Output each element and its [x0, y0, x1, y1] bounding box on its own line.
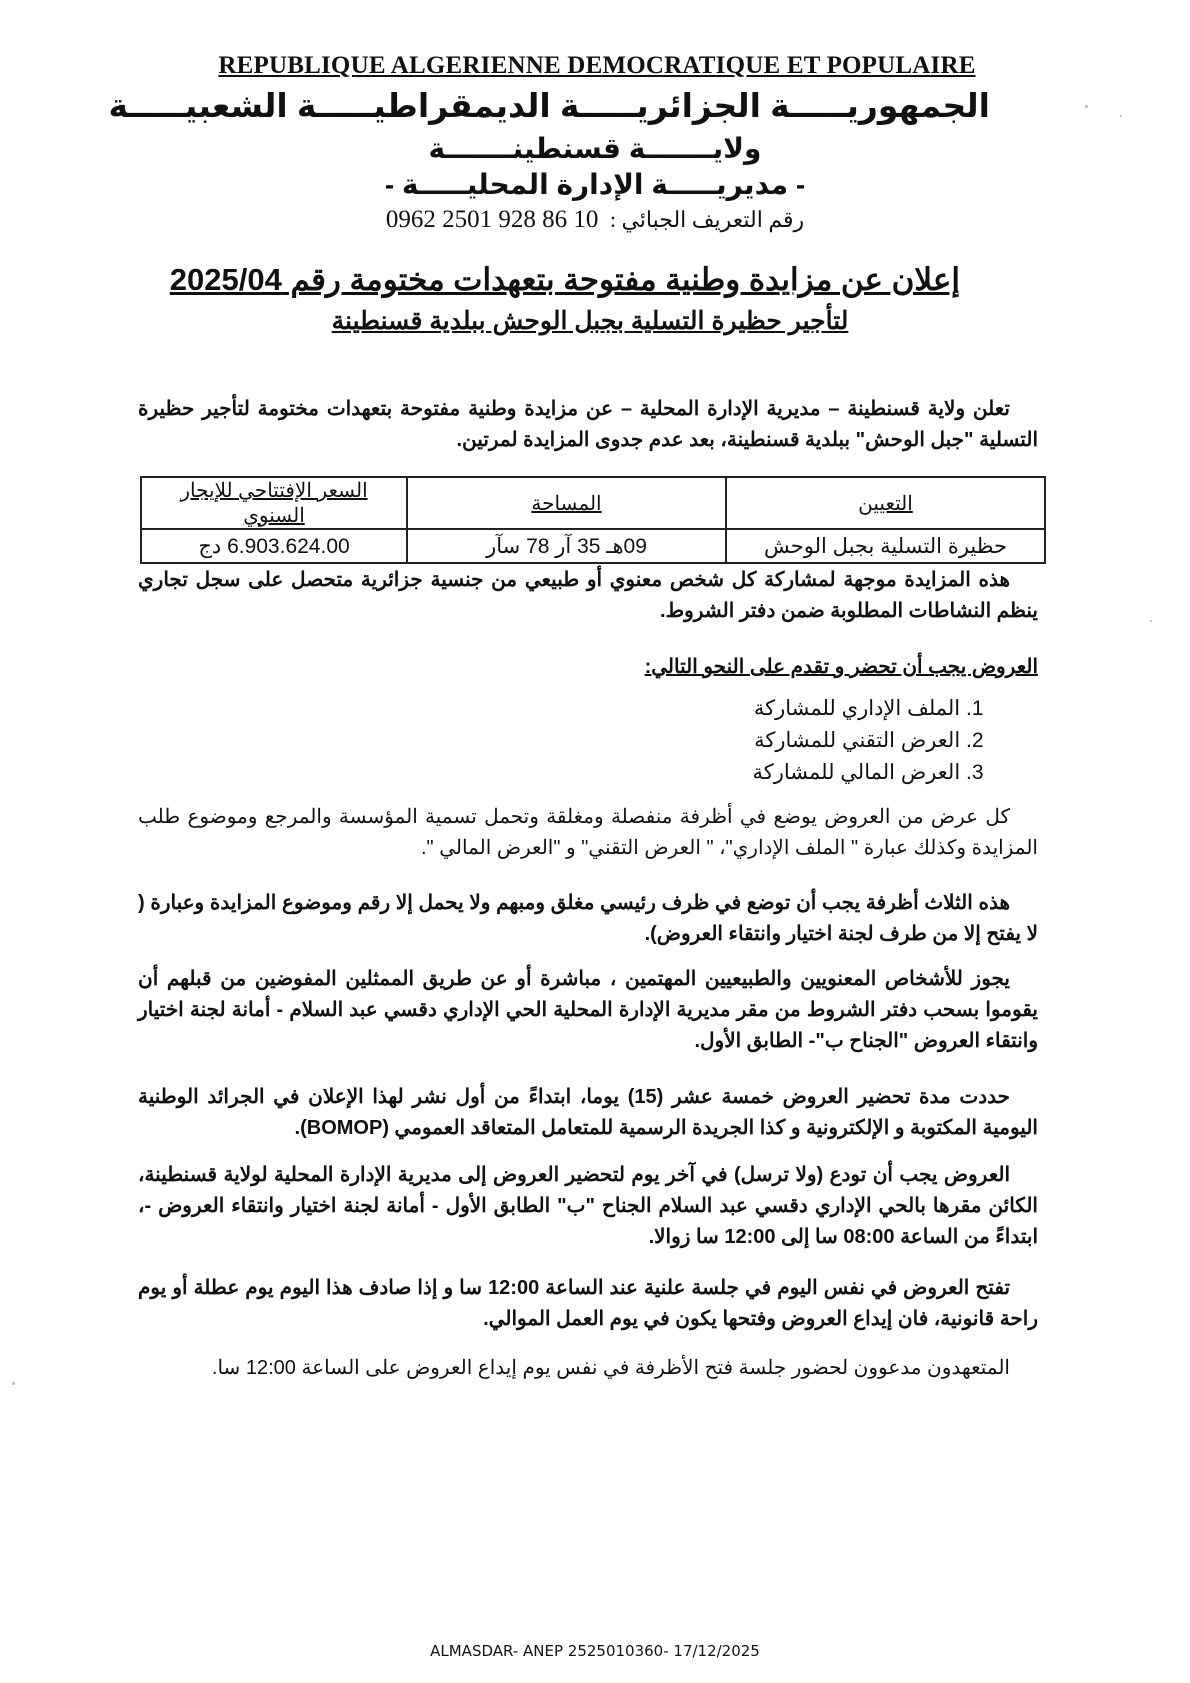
- republic-title-ar: الجمهوريـــــة الجزائريـــــة الديمقراطي…: [200, 86, 990, 125]
- wilaya-name: ولايـــــــة قسنطينـــــــة: [200, 132, 990, 165]
- opening-text: تفتح العروض في نفس اليوم في جلسة علنية ع…: [138, 1277, 1038, 1330]
- list-label: الملف الإداري للمشاركة: [754, 697, 960, 720]
- withdrawal-paragraph: يجوز للأشخاص المعنويين والطبيعيين المهتم…: [138, 964, 1038, 1057]
- announcement-page: REPUBLIQUE ALGERIENNE DEMOCRATIQUE ET PO…: [0, 0, 1190, 1683]
- deposit-paragraph: العروض يجب أن تودع (ولا ترسل) في آخر يوم…: [138, 1160, 1038, 1253]
- announcement-subtitle: لتأجير حظيرة التسلية بجبل الوحش ببلدية ق…: [220, 306, 960, 336]
- list-item: 3. العرض المالي للمشاركة: [138, 757, 1000, 789]
- table-header: المساحة: [407, 477, 726, 529]
- list-number: 3.: [966, 757, 1000, 789]
- table-header-row: التعيين المساحة السعر الإفتتاحي للإيجار …: [141, 477, 1045, 529]
- duration-text: حددت مدة تحضير العروض خمسة عشر (15) يوما…: [138, 1086, 1038, 1139]
- envelopes-paragraph: كل عرض من العروض يوضع في أظرفة منفصلة وم…: [138, 802, 1038, 864]
- table-cell-price: 6.903.624.00 دج: [141, 529, 407, 563]
- property-table: التعيين المساحة السعر الإفتتاحي للإيجار …: [140, 476, 1046, 564]
- publication-reference: ALMASDAR- ANEP 2525010360- 17/12/2025: [0, 1642, 1190, 1660]
- audience-text: هذه المزايدة موجهة لمشاركة كل شخص معنوي …: [138, 569, 1038, 622]
- list-item: 2. العرض التقني للمشاركة: [138, 725, 1000, 757]
- tax-id-value: 0962 2501 928 86 10: [386, 206, 599, 233]
- envelopes-text: كل عرض من العروض يوضع في أظرفة منفصلة وم…: [138, 806, 1038, 859]
- main-envelope-paragraph: هذه الثلاث أظرفة يجب أن توضع في ظرف رئيس…: [138, 888, 1038, 950]
- list-number: 2.: [966, 725, 1000, 757]
- scan-speck: [1150, 620, 1152, 622]
- directorate-name: - مديريـــــة الإدارة المحليـــــة -: [200, 168, 990, 201]
- duration-paragraph: حددت مدة تحضير العروض خمسة عشر (15) يوما…: [138, 1082, 1038, 1144]
- invitation-paragraph: المتعهدون مدعوون لحضور جلسة فتح الأظرفة …: [138, 1353, 1038, 1384]
- invitation-text: المتعهدون مدعوون لحضور جلسة فتح الأظرفة …: [212, 1357, 1010, 1379]
- list-item: 1. الملف الإداري للمشاركة: [138, 693, 1000, 725]
- deposit-text: العروض يجب أن تودع (ولا ترسل) في آخر يوم…: [138, 1164, 1038, 1248]
- table-header: السعر الإفتتاحي للإيجار السنوي: [141, 477, 407, 529]
- offers-heading: العروض يجب أن تحضر و تقدم على النحو التا…: [138, 654, 1038, 679]
- scan-speck: [12, 1382, 15, 1385]
- list-number: 1.: [966, 693, 1000, 725]
- table-header: التعيين: [726, 477, 1045, 529]
- main-envelope-text: هذه الثلاث أظرفة يجب أن توضع في ظرف رئيس…: [138, 892, 1038, 945]
- tax-id-label: رقم التعريف الجبائي :: [610, 207, 804, 232]
- list-label: العرض المالي للمشاركة: [752, 761, 960, 784]
- withdrawal-text: يجوز للأشخاص المعنويين والطبيعيين المهتم…: [138, 968, 1038, 1052]
- table-cell-designation: حظيرة التسلية بجبل الوحش: [726, 529, 1045, 563]
- republic-title-fr: REPUBLIQUE ALGERIENNE DEMOCRATIQUE ET PO…: [212, 52, 982, 80]
- intro-paragraph: تعلن ولاية قسنطينة – مديرية الإدارة المح…: [138, 394, 1038, 456]
- audience-paragraph: هذه المزايدة موجهة لمشاركة كل شخص معنوي …: [138, 565, 1038, 627]
- table-cell-area: 09هـ 35 آر 78 سآر: [407, 529, 726, 563]
- tax-id: رقم التعريف الجبائي : 0962 2501 928 86 1…: [200, 206, 990, 234]
- scan-speck: [1085, 105, 1088, 108]
- offers-list: 1. الملف الإداري للمشاركة 2. العرض التقن…: [138, 693, 1000, 789]
- table-row: حظيرة التسلية بجبل الوحش 09هـ 35 آر 78 س…: [141, 529, 1045, 563]
- announcement-title: إعلان عن مزايدة وطنية مفتوحة بتعهدات مخت…: [220, 262, 960, 298]
- opening-paragraph: تفتح العروض في نفس اليوم في جلسة علنية ع…: [138, 1273, 1038, 1335]
- list-label: العرض التقني للمشاركة: [754, 729, 960, 752]
- intro-text: تعلن ولاية قسنطينة – مديرية الإدارة المح…: [138, 398, 1038, 451]
- scan-speck: [1120, 115, 1122, 117]
